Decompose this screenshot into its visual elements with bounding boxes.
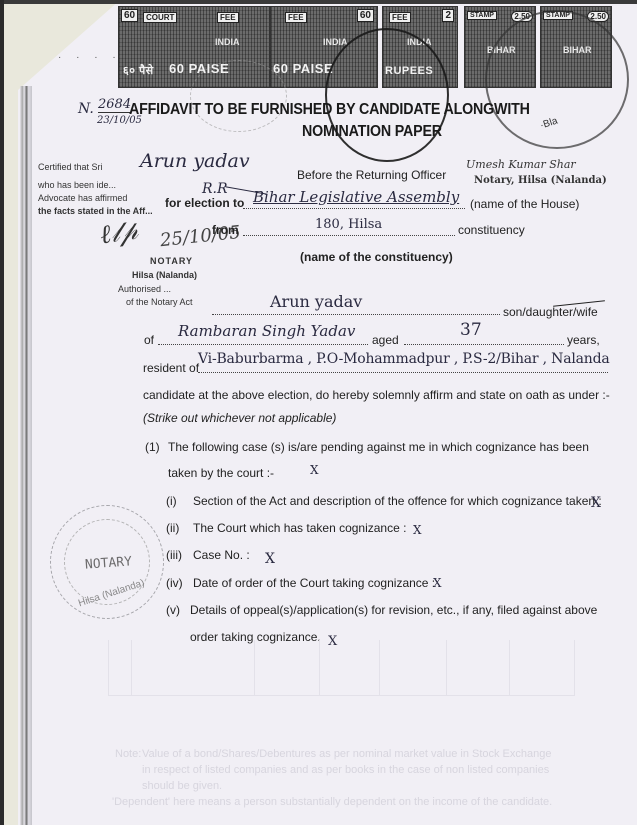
notary-name: Umesh Kumar Shar xyxy=(466,158,576,171)
item-1-text-cont: taken by the court :- xyxy=(168,466,274,480)
bleed-through-table xyxy=(108,640,575,696)
years-label: years, xyxy=(567,333,600,347)
notary-authorised: Authorised ... xyxy=(118,284,171,294)
age-field: 37 xyxy=(404,328,564,345)
notary-signature: ℓ𝓁𝓅 xyxy=(98,216,140,252)
house-field: Bihar Legislative Assembly xyxy=(243,192,465,209)
notary-place: Hilsa (Nalanda) xyxy=(132,270,197,280)
cancellation-postmark-2 xyxy=(485,10,629,149)
document-title: AFFIDAVIT TO BE FURNISHED BY CANDIDATE A… xyxy=(129,101,530,119)
father-name-field: Rambaran Singh Yadav xyxy=(158,328,368,345)
notary-act: of the Notary Act xyxy=(126,297,193,307)
from-label: from xyxy=(212,223,239,237)
notary-title: NOTARY xyxy=(150,256,193,266)
document-subtitle: NOMINATION PAPER xyxy=(302,123,442,141)
notary-seal: NOTARY Hilsa (Nalanda) xyxy=(50,505,164,619)
specks: · · · · xyxy=(58,52,122,63)
scan-edge-top xyxy=(0,0,637,4)
constituency-field: 180, Hilsa xyxy=(243,219,455,236)
strike-note: (Strike out whichever not applicable) xyxy=(143,411,336,425)
item-1-text: The following case (s) is/are pending ag… xyxy=(168,440,589,454)
of-label: of xyxy=(144,333,154,347)
item-1-number: (1) xyxy=(145,440,160,454)
constituency-caption: (name of the constituency) xyxy=(300,250,453,264)
bleed-line-2: in respect of listed companies and as pe… xyxy=(142,764,549,776)
house-suffix: (name of the House) xyxy=(470,197,579,211)
faint-seal-impression xyxy=(190,60,287,132)
constituency-suffix: constituency xyxy=(458,223,525,237)
oath-text: candidate at the above election, do here… xyxy=(143,388,610,402)
before-returning-officer: Before the Returning Officer xyxy=(297,168,446,182)
document-page: · · · · 60 COURT FEE INDIA ६० पैसे 60 PA… xyxy=(0,0,637,825)
ref-number: 2684 xyxy=(98,98,131,113)
bleed-note-label: Note: xyxy=(115,748,141,760)
binding-strip xyxy=(20,86,32,825)
scan-edge-left xyxy=(0,0,4,825)
certificate-line-3: Advocate has affirmed xyxy=(38,193,127,203)
relation-label: son/daughter/wife xyxy=(503,305,598,319)
bleed-line-1: Value of a bond/Shares/Debentures as per… xyxy=(142,748,551,760)
candidate-name-field: Arun yadav xyxy=(212,298,500,315)
bleed-line-3: should be given. xyxy=(142,780,222,792)
certificate-line-1: Certified that Sri xyxy=(38,162,103,172)
ref-prefix: N. xyxy=(78,101,94,117)
address-field: Vi-Baburbarma , P.O-Mohammadpur , P.S-2/… xyxy=(198,356,608,373)
certificate-line-2: who has been ide... xyxy=(38,180,116,190)
item-1-mark: X xyxy=(310,463,319,477)
certified-name-handwritten: Arun yadav xyxy=(140,150,250,172)
resident-label: resident of xyxy=(143,361,199,375)
notary-name-title: Notary, Hilsa (Nalanda) xyxy=(474,175,607,186)
aged-label: aged xyxy=(372,333,399,347)
for-election-label: for election to xyxy=(165,196,244,210)
bleed-line-4: 'Dependent' here means a person substant… xyxy=(112,796,552,808)
cancellation-postmark-1 xyxy=(325,28,449,162)
